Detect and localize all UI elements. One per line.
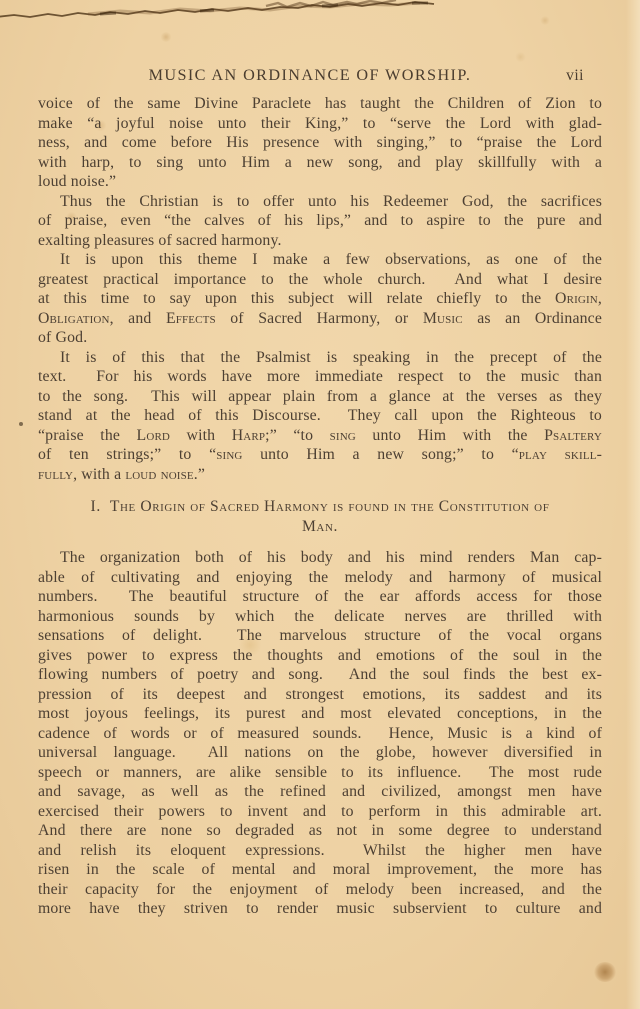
- body-text: I.: [91, 498, 110, 515]
- small-caps-text: Man.: [302, 518, 338, 535]
- text-line: flowing numbers of poetry and song. And …: [38, 665, 602, 685]
- small-caps-text: play skill-: [519, 446, 602, 463]
- body-text: ;” “to: [265, 427, 329, 444]
- body-text: of praise, even “the calves of his lips,…: [38, 212, 602, 229]
- body-text: unto Him with the: [356, 427, 544, 444]
- body-text: as an Ordinance: [463, 310, 602, 327]
- body-text: numbers. The beautiful structure of the …: [38, 588, 602, 605]
- text-line: And there are none so degraded as not in…: [38, 821, 602, 841]
- small-caps-text: Lord: [137, 427, 170, 444]
- book-page: MUSIC AN ORDINANCE OF WORSHIP. vii voice…: [0, 0, 640, 1009]
- body-text: cadence of words or of measured sounds. …: [38, 725, 602, 742]
- body-text: more have they striven to render music s…: [38, 900, 602, 917]
- text-line: It is upon this theme I make a few obser…: [38, 250, 602, 270]
- text-line: their capacity for the enjoyment of melo…: [38, 880, 602, 900]
- body-text: .”: [194, 466, 205, 483]
- text-line: It is of this that the Psalmist is speak…: [38, 348, 602, 368]
- text-line: The organization both of his body and hi…: [38, 548, 602, 568]
- body-text: , with a: [73, 466, 125, 483]
- body-text: pression of its deepest and strongest em…: [38, 686, 602, 703]
- body-text: their capacity for the enjoyment of melo…: [38, 881, 602, 898]
- body-text: ness, and come before His presence with …: [38, 134, 602, 151]
- text-line: most joyous feelings, its purest and mos…: [38, 704, 602, 724]
- body-text: make “a joyful noise unto their King,” t…: [38, 115, 602, 132]
- body-text: It is of this that the Psalmist is speak…: [60, 349, 602, 366]
- body-text: flowing numbers of poetry and song. And …: [38, 666, 602, 683]
- text-line: exercised their powers to invent and to …: [38, 802, 602, 822]
- text-line: stand at the head of this Discourse. The…: [38, 406, 602, 426]
- body-text: ,: [598, 290, 602, 307]
- paper-stain: [540, 16, 550, 25]
- text-line: Obligation, and Effects of Sacred Harmon…: [38, 309, 602, 329]
- body-text: with: [170, 427, 232, 444]
- text-line: speech or manners, are alike sensible to…: [38, 763, 602, 783]
- text-block: voice of the same Divine Paraclete has t…: [38, 94, 602, 919]
- paper-stain: [160, 32, 172, 42]
- small-caps-text: The Origin of Sacred Harmony is found in…: [110, 498, 550, 515]
- small-caps-text: Effects: [166, 310, 216, 327]
- text-line: pression of its deepest and strongest em…: [38, 685, 602, 705]
- text-line: “praise the Lord with Harp;” “to sing un…: [38, 426, 602, 446]
- body-text: , and: [110, 310, 166, 327]
- paper-stain: [515, 52, 526, 62]
- text-line: more have they striven to render music s…: [38, 899, 602, 919]
- body-text: of God.: [38, 329, 87, 346]
- body-text: of ten strings;” to “: [38, 446, 216, 463]
- body-text: and savage, as well as the refined and c…: [38, 783, 602, 800]
- text-line: risen in the scale of mental and moral i…: [38, 860, 602, 880]
- small-caps-text: Obligation: [38, 310, 110, 327]
- body-text: harmonious sounds by which the delicate …: [38, 608, 602, 625]
- section-heading-line: Man.: [38, 517, 602, 537]
- small-caps-text: Harp: [232, 427, 265, 444]
- text-line: voice of the same Divine Paraclete has t…: [38, 94, 602, 114]
- body-text: loud noise.”: [38, 173, 116, 190]
- body-text: speech or manners, are alike sensible to…: [38, 764, 602, 781]
- body-text: The organization both of his body and hi…: [60, 549, 602, 566]
- body-text: text. For his words have more immediate …: [38, 368, 602, 385]
- body-text: stand at the head of this Discourse. The…: [38, 407, 602, 424]
- text-line: greatest practical importance to the who…: [38, 270, 602, 290]
- small-caps-text: Origin: [555, 290, 598, 307]
- body-text: risen in the scale of mental and moral i…: [38, 861, 602, 878]
- text-line: Thus the Christian is to offer unto his …: [38, 192, 602, 212]
- text-line: of praise, even “the calves of his lips,…: [38, 211, 602, 231]
- text-line: exalting pleasures of sacred harmony.: [38, 231, 602, 251]
- text-line: with harp, to sing unto Him a new song, …: [38, 153, 602, 173]
- margin-speck: [19, 422, 23, 426]
- text-line: and relish its eloquent expressions. Whi…: [38, 841, 602, 861]
- small-caps-text: sing: [330, 427, 356, 444]
- text-line: numbers. The beautiful structure of the …: [38, 587, 602, 607]
- body-text: most joyous feelings, its purest and mos…: [38, 705, 602, 722]
- text-line: gives power to express the thoughts and …: [38, 646, 602, 666]
- body-text: of Sacred Harmony, or: [216, 310, 423, 327]
- torn-edge-decoration: [0, 0, 640, 30]
- body-text: exalting pleasures of sacred harmony.: [38, 232, 282, 249]
- body-text: universal language. All nations on the g…: [38, 744, 602, 761]
- text-line: of ten strings;” to “sing unto Him a new…: [38, 445, 602, 465]
- body-text: to the song. This will appear plain from…: [38, 388, 602, 405]
- paper-stain: [594, 962, 616, 982]
- text-line: to the song. This will appear plain from…: [38, 387, 602, 407]
- small-caps-text: loud noise: [125, 466, 193, 483]
- body-text: And there are none so degraded as not in…: [38, 822, 602, 839]
- body-text: gives power to express the thoughts and …: [38, 647, 602, 664]
- text-line: and savage, as well as the refined and c…: [38, 782, 602, 802]
- body-text: with harp, to sing unto Him a new song, …: [38, 154, 602, 171]
- page-number: vii: [566, 67, 584, 85]
- text-line: harmonious sounds by which the delicate …: [38, 607, 602, 627]
- body-text: sensations of delight. The marvelous str…: [38, 627, 602, 644]
- small-caps-text: Psaltery: [544, 427, 602, 444]
- text-line: loud noise.”: [38, 172, 602, 192]
- text-line: sensations of delight. The marvelous str…: [38, 626, 602, 646]
- body-text: greatest practical importance to the who…: [38, 271, 602, 288]
- section-heading-line: I. The Origin of Sacred Harmony is found…: [38, 497, 602, 517]
- text-line: able of cultivating and enjoying the mel…: [38, 568, 602, 588]
- text-line: at this time to say upon this subject wi…: [38, 289, 602, 309]
- body-text: exercised their powers to invent and to …: [38, 803, 602, 820]
- page-edge-highlight: [626, 0, 640, 1009]
- running-header-title: MUSIC AN ORDINANCE OF WORSHIP.: [149, 66, 472, 84]
- body-text: able of cultivating and enjoying the mel…: [38, 569, 602, 586]
- text-line: make “a joyful noise unto their King,” t…: [38, 114, 602, 134]
- body-text: unto Him a new song;” to “: [243, 446, 519, 463]
- body-text: Thus the Christian is to offer unto his …: [60, 193, 602, 210]
- running-header: MUSIC AN ORDINANCE OF WORSHIP.: [0, 66, 620, 85]
- body-text: and relish its eloquent expressions. Whi…: [38, 842, 602, 859]
- text-line: universal language. All nations on the g…: [38, 743, 602, 763]
- small-caps-text: Music: [423, 310, 463, 327]
- body-text: voice of the same Divine Paraclete has t…: [38, 95, 602, 112]
- text-line: cadence of words or of measured sounds. …: [38, 724, 602, 744]
- body-text: “praise the: [38, 427, 137, 444]
- text-line: of God.: [38, 328, 602, 348]
- text-line: text. For his words have more immediate …: [38, 367, 602, 387]
- small-caps-text: fully: [38, 466, 73, 483]
- small-caps-text: sing: [216, 446, 242, 463]
- text-line: fully, with a loud noise.”: [38, 465, 602, 485]
- body-text: It is upon this theme I make a few obser…: [60, 251, 602, 268]
- text-line: ness, and come before His presence with …: [38, 133, 602, 153]
- body-text: at this time to say upon this subject wi…: [38, 290, 555, 307]
